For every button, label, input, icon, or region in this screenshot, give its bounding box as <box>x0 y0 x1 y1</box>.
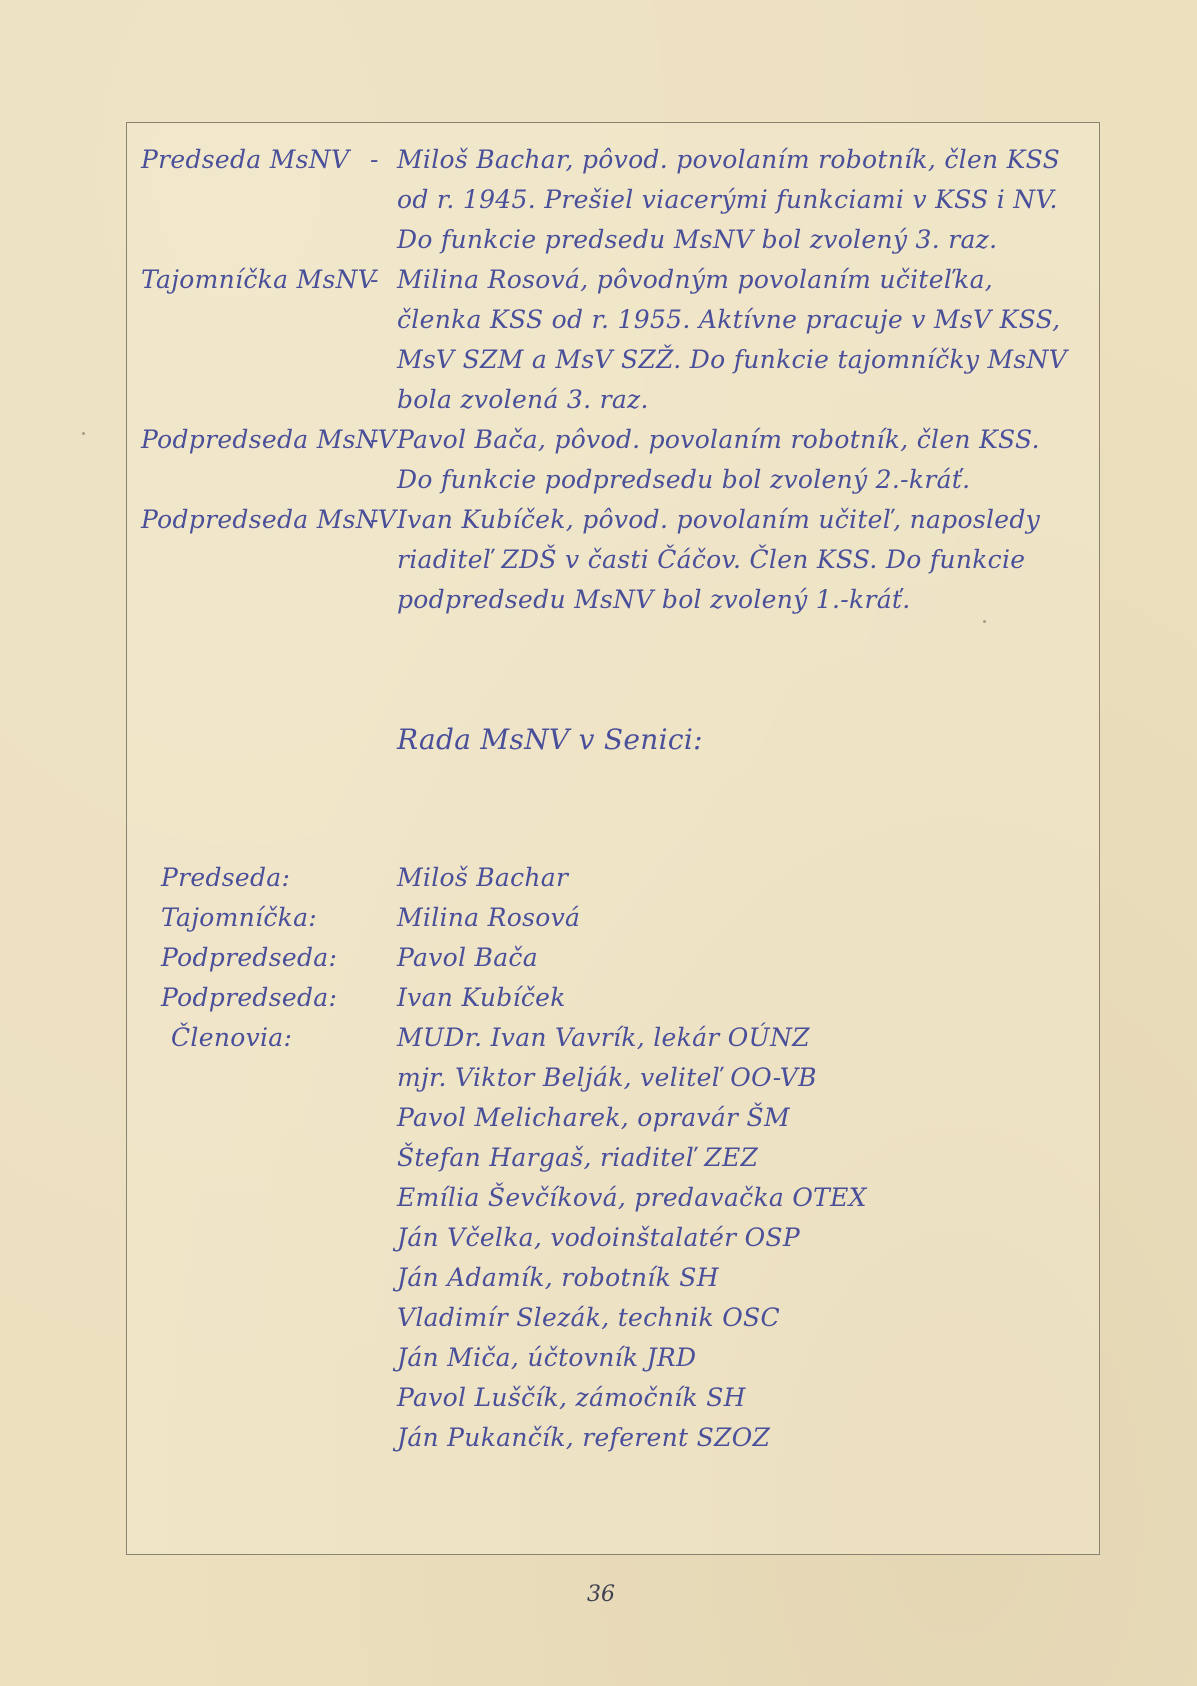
page-number: 36 <box>587 1582 615 1607</box>
officer-text-line: riaditeľ ZDŠ v časti Čáčov. Člen KSS. Do… <box>397 545 1025 574</box>
member-line: Pavol Melicharek, opravár ŠM <box>397 1103 790 1132</box>
council-name: Ivan Kubíček <box>397 983 566 1012</box>
member-line: Emília Ševčíková, predavačka OTEX <box>397 1183 867 1212</box>
officer-text-line: bola zvolená 3. raz. <box>397 385 649 414</box>
council-role: Členovia: <box>171 1023 292 1052</box>
member-line: Ján Miča, účtovník JRD <box>397 1343 696 1372</box>
officer-text-line: Ivan Kubíček, pôvod. povolaním učiteľ, n… <box>397 505 1040 534</box>
council-name: Miloš Bachar <box>397 863 568 892</box>
council-role: Tajomníčka: <box>161 903 317 932</box>
council-role: Podpredseda: <box>161 983 337 1012</box>
officer-text-line: MsV SZM a MsV SZŽ. Do funkcie tajomníčky… <box>397 345 1067 374</box>
officer-role: Tajomníčka MsNV <box>141 265 376 294</box>
member-line: Pavol Luščík, zámočník SH <box>397 1383 746 1412</box>
officer-role: Podpredseda MsNV <box>141 425 396 454</box>
member-line: Ján Včelka, vodoinštalatér OSP <box>397 1223 800 1252</box>
officer-text-line: od r. 1945. Prešiel viacerými funkciami … <box>397 185 1058 214</box>
council-title: Rada MsNV v Senici: <box>397 723 703 756</box>
dash-separator: - <box>370 265 379 294</box>
member-line: Vladimír Slezák, technik OSC <box>397 1303 780 1332</box>
officer-text-line: podpredsedu MsNV bol zvolený 1.-kráť. <box>397 585 911 614</box>
paper-speck <box>983 620 986 623</box>
council-role: Podpredseda: <box>161 943 337 972</box>
officer-text-line: Do funkcie predsedu MsNV bol zvolený 3. … <box>397 225 997 254</box>
council-role: Predseda: <box>161 863 290 892</box>
officer-text-line: Do funkcie podpredsedu bol zvolený 2.-kr… <box>397 465 970 494</box>
member-line: Štefan Hargaš, riaditeľ ZEZ <box>397 1143 758 1172</box>
officer-text-line: členka KSS od r. 1955. Aktívne pracuje v… <box>397 305 1060 334</box>
member-line: Ján Adamík, robotník SH <box>397 1263 719 1292</box>
council-name: Milina Rosová <box>397 903 580 932</box>
dash-separator: - <box>370 425 379 454</box>
member-line: mjr. Viktor Belják, veliteľ OO-VB <box>397 1063 817 1092</box>
officer-text-line: Pavol Bača, pôvod. povolaním robotník, č… <box>397 425 1040 454</box>
paper-speck <box>82 432 85 435</box>
dash-separator: - <box>370 145 379 174</box>
page-frame: Predseda MsNV - Miloš Bachar, pôvod. pov… <box>126 122 1100 1555</box>
officer-role: Predseda MsNV <box>141 145 349 174</box>
council-name: MUDr. Ivan Vavrík, lekár OÚNZ <box>397 1023 810 1052</box>
officer-text-line: Miloš Bachar, pôvod. povolaním robotník,… <box>397 145 1060 174</box>
officer-text-line: Milina Rosová, pôvodným povolaním učiteľ… <box>397 265 993 294</box>
dash-separator: - <box>370 505 379 534</box>
council-name: Pavol Bača <box>397 943 538 972</box>
member-line: Ján Pukančík, referent SZOZ <box>397 1423 770 1452</box>
officer-role: Podpredseda MsNV <box>141 505 396 534</box>
